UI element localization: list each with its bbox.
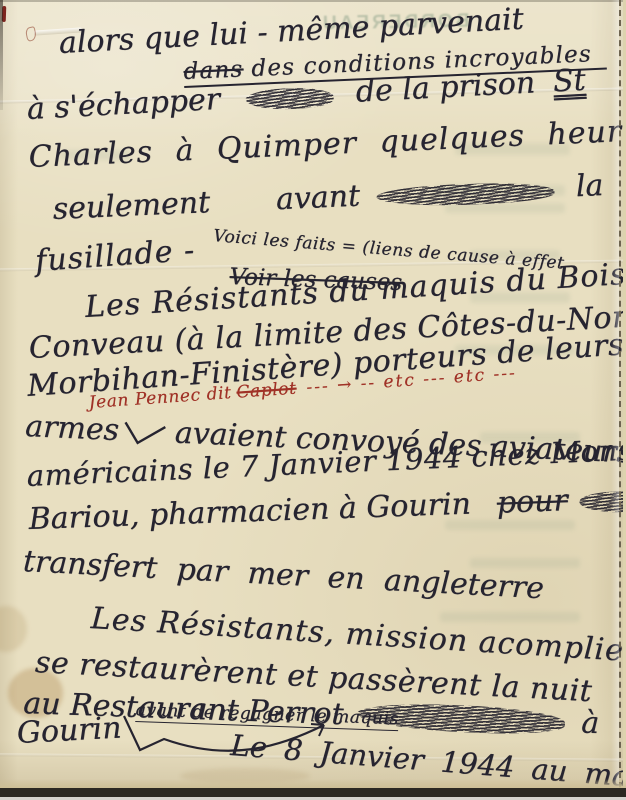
bleedthrough-block — [470, 558, 580, 568]
line-text: la — [575, 168, 604, 204]
scribbled-out-word — [376, 180, 555, 209]
manuscript-line: seulementavantla — [52, 168, 604, 227]
manuscript-line: fusillade - — [34, 233, 196, 279]
left-edge-shadow — [0, 0, 3, 110]
line-text: armes — [24, 409, 119, 448]
scribbled-out-word — [246, 86, 335, 112]
line-text: Bariou, pharmacien à Gourin — [28, 487, 471, 537]
manuscript-line: Gourin — [16, 711, 122, 751]
line-text: à s'échapper — [26, 82, 221, 127]
paper-stain — [0, 606, 27, 652]
line-text: avant — [275, 179, 361, 218]
scan-bottom-band — [0, 788, 626, 797]
manuscript-line: transfert par mer en angleterre — [22, 544, 545, 606]
paper-bottom-edge — [0, 779, 626, 788]
line-text: seulement — [52, 185, 211, 227]
right-edge-highlight — [611, 0, 619, 788]
abbreviation-st: St — [552, 63, 586, 100]
manuscript-scan: BORDEREAU alors que lui - même parvenait… — [0, 0, 626, 800]
bleedthrough-block — [440, 612, 580, 622]
line-text: à — [581, 705, 600, 741]
insertion-caret-icon — [122, 420, 167, 448]
struck-word: pour — [496, 483, 568, 520]
top-edge-shadow — [0, 0, 626, 2]
red-squiggle-mark — [25, 26, 38, 42]
red-name-struck: Caplot — [236, 378, 297, 402]
